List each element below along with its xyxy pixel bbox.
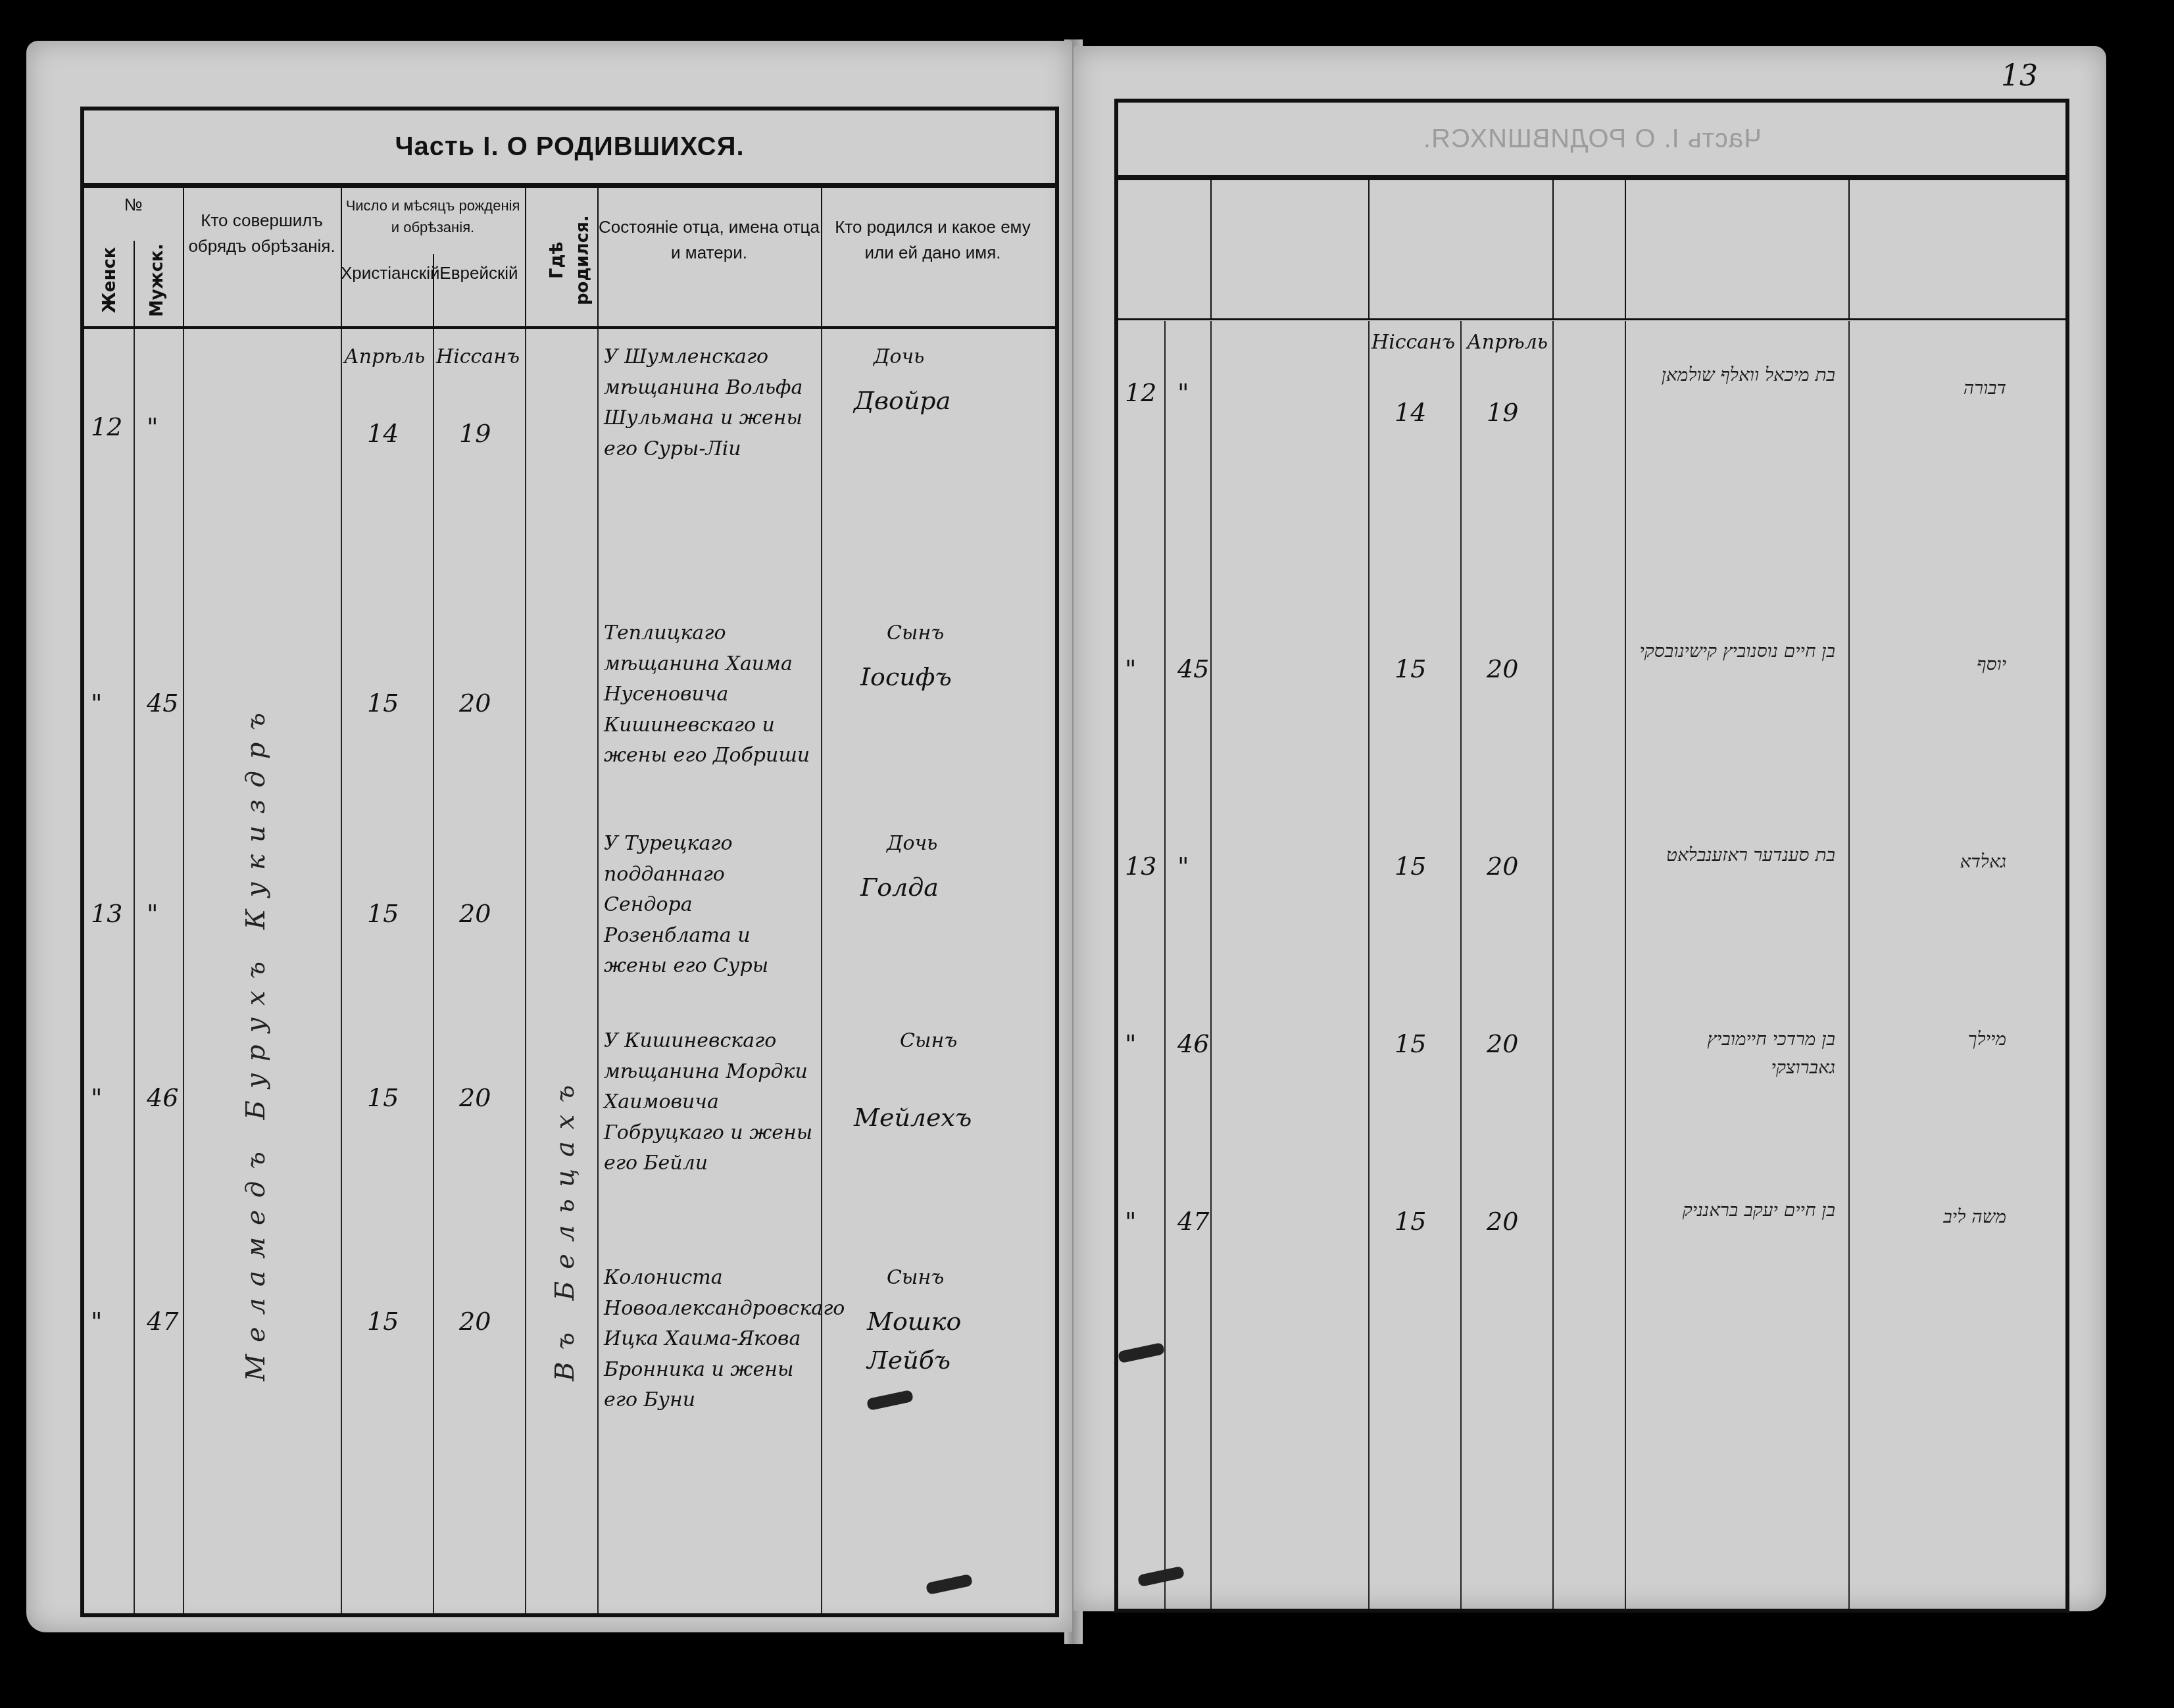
christian-day: 15 (1395, 1025, 1426, 1063)
parents-text: Колониста Новоалександровскаго Ицка Хаим… (604, 1263, 814, 1416)
left-table-frame: Часть I. О РОДИВШИХСЯ. № Женск Мужск. Кт… (80, 107, 1059, 1617)
header-parents: Состояніе отца, имена отца и матери. (597, 214, 821, 266)
hebrew-name: מיילך (1875, 1025, 2006, 1053)
christian-day: 14 (1395, 393, 1426, 432)
child-name: Мошко Лейбъ (867, 1302, 946, 1380)
jewish-day: 20 (1487, 847, 1518, 886)
jewish-day: 20 (459, 1079, 491, 1117)
child-sex: Сынъ (887, 618, 944, 649)
header-dates-group: Число и мѣсяцъ рожденія и обрѣзанія. (341, 195, 525, 238)
header-child: Кто родился и какое ему или ей дано имя. (821, 214, 1045, 266)
hebrew-entry: בן חיים יעקב בראנניק (1638, 1196, 1835, 1224)
header-male: Мужск. (145, 241, 170, 320)
right-header-row (1118, 180, 2065, 320)
jewish-day: 19 (1487, 393, 1518, 432)
female-number: " (1125, 1202, 1136, 1241)
male-number: " (1177, 374, 1189, 412)
right-table-body: Ніссанъ Апрѣль 12 " 14 19 בת מיכאל וואלף… (1118, 321, 2065, 1609)
header-performed-by: Кто совершилъ обрядъ обрѣзанія. (183, 208, 341, 259)
jewish-day: 19 (459, 414, 491, 453)
hebrew-name: משה ליב (1875, 1202, 2006, 1231)
right-page-title-bleedthrough: Часть I. О РОДИВШИХСЯ. (1423, 124, 1762, 154)
child-name: Голда (860, 868, 939, 907)
child-name: Двойра (854, 381, 951, 420)
header-christian: Христіанскій. (341, 260, 433, 286)
christian-day: 15 (367, 1302, 399, 1341)
female-number: " (91, 1079, 102, 1117)
christian-day: 15 (367, 894, 399, 933)
jewish-day: 20 (459, 684, 491, 723)
left-table-body: Апрѣль Ніссанъ Меламедъ Бурухъ Кукиздръ … (84, 329, 1055, 1613)
left-title-band: Часть I. О РОДИВШИХСЯ. (84, 110, 1055, 188)
header-number: № (84, 192, 183, 218)
female-number: " (1125, 1025, 1136, 1063)
jewish-day: 20 (459, 894, 491, 933)
hebrew-entry: בן מרדכי חיימוביץ גאברוצקי (1638, 1025, 1835, 1082)
male-number: 46 (147, 1079, 178, 1117)
month-jewish: Ніссанъ (436, 342, 520, 373)
right-title-band: Часть I. О РОДИВШИХСЯ. (1118, 103, 2065, 180)
child-sex: Сынъ (900, 1026, 957, 1057)
christian-day: 15 (1395, 650, 1426, 689)
right-page: 13 Часть I. О РОДИВШИХСЯ. Ніссанъ Апрѣль… (1074, 46, 2106, 1611)
left-page-title: Часть I. О РОДИВШИХСЯ. (395, 132, 744, 162)
page-number: 13 (2001, 59, 2038, 93)
header-female: Женск (97, 241, 123, 320)
female-number: 13 (91, 894, 122, 933)
hebrew-entry: בן חיים נוסנוביץ קישינובסקי (1638, 637, 1835, 665)
hebrew-entry: בת מיכאל וואלף שולמאן (1638, 360, 1835, 389)
child-sex: Сынъ (887, 1263, 944, 1294)
month-christian: Апрѣль (344, 342, 425, 373)
ink-blot (1137, 1566, 1185, 1587)
hebrew-name: גאלדא (1875, 847, 2006, 875)
male-number: 47 (147, 1302, 178, 1341)
jewish-day: 20 (1487, 650, 1518, 689)
left-header-row: № Женск Мужск. Кто совершилъ обрядъ обрѣ… (84, 188, 1055, 329)
parents-text: У Шумленскаго мѣщанина Вольфа Шульмана и… (604, 342, 814, 464)
child-name: Мейлехъ (854, 1098, 972, 1137)
ink-blot (866, 1390, 914, 1411)
child-name: Іосифъ (860, 658, 952, 696)
child-sex: Дочь (887, 829, 937, 860)
christian-day: 15 (1395, 847, 1426, 886)
jewish-day: 20 (459, 1302, 491, 1341)
hebrew-name: דבורה (1875, 374, 2006, 402)
male-number: " (1177, 847, 1189, 886)
left-page: Часть I. О РОДИВШИХСЯ. № Женск Мужск. Кт… (26, 41, 1072, 1632)
parents-text: У Турецкаго подданнаго Сендора Розенблат… (604, 829, 814, 982)
month-christian: Ніссанъ (1371, 328, 1455, 358)
christian-day: 15 (367, 1079, 399, 1117)
ink-blot (1118, 1342, 1165, 1363)
male-number: " (147, 408, 158, 447)
male-number: 47 (1177, 1202, 1209, 1241)
month-jewish: Апрѣль (1467, 328, 1548, 358)
female-number: 12 (1125, 374, 1156, 412)
parents-text: У Кишиневскаго мѣщанина Мордки Хаимовича… (604, 1026, 814, 1179)
parents-text: Теплицкаго мѣщанина Хаима Нусеновича Киш… (604, 618, 814, 771)
female-number: " (1125, 650, 1136, 689)
female-number: 12 (91, 408, 122, 447)
child-sex: Дочь (874, 342, 924, 373)
female-number: " (91, 684, 102, 723)
male-number: 45 (147, 684, 178, 723)
female-number: 13 (1125, 847, 1156, 886)
christian-day: 15 (1395, 1202, 1426, 1241)
male-number: 46 (1177, 1025, 1209, 1063)
header-jewish: Еврейскій (433, 260, 525, 286)
male-number: " (147, 894, 158, 933)
jewish-day: 20 (1487, 1025, 1518, 1063)
hebrew-name: יוסף (1875, 650, 2006, 678)
jewish-day: 20 (1487, 1202, 1518, 1241)
christian-day: 15 (367, 684, 399, 723)
performed-by-vertical: Меламедъ Бурухъ Кукиздръ (235, 460, 276, 1381)
ink-blot (926, 1574, 973, 1595)
female-number: " (91, 1302, 102, 1341)
birthplace-vertical: Въ Бельцахъ (545, 460, 585, 1381)
right-table-frame: Часть I. О РОДИВШИХСЯ. Ніссанъ Апрѣль 12… (1114, 99, 2069, 1613)
male-number: 45 (1177, 650, 1209, 689)
hebrew-entry: בת סענדער ראזענבלאט (1638, 841, 1835, 869)
christian-day: 14 (367, 414, 399, 453)
header-birthplace: Гдѣ родился. (545, 201, 596, 320)
